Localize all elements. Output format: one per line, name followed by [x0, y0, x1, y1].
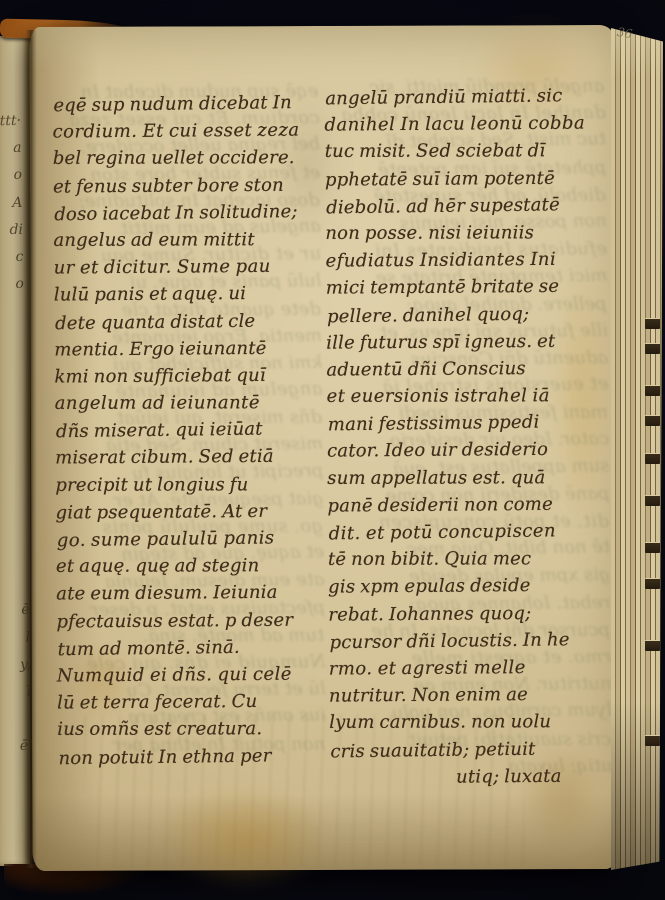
manuscript-page: eqē sup nudum dicebat Incordium. Et cui …	[30, 25, 616, 871]
manuscript-line: angelum ad ieiunantē	[55, 389, 327, 417]
manuscript-line: mici temptantē britate se	[326, 273, 612, 302]
gutter-fragment	[0, 325, 25, 353]
manuscript-line: et euersionis istrahel iā	[327, 382, 613, 410]
manuscript-line: et fenus subter bore ston	[53, 171, 325, 200]
manuscript-line: sum appellatus est. quā	[327, 464, 613, 492]
gutter-fragment: c	[0, 244, 24, 272]
gutter-fragment: A	[0, 189, 23, 217]
manuscript-line: pellere. danihel quoq;	[327, 299, 613, 330]
manuscript-line: ate eum diesum. Ieiunia	[56, 579, 328, 608]
manuscript-line: panē desiderii non come	[327, 490, 613, 519]
manuscript-line: kmi non sufficiebat quī	[54, 361, 326, 390]
manuscript-line: utiq; luxata	[330, 762, 616, 791]
gutter-fragment	[0, 298, 25, 326]
gutter-fragment	[2, 516, 28, 544]
manuscript-line: cris suauitatib; petiuit	[330, 734, 616, 765]
gutter-fragment	[0, 380, 26, 408]
manuscript-line: precipit ut longius fu	[55, 471, 327, 499]
manuscript-line: ur et dicitur. Sume pau	[54, 253, 326, 282]
manuscript-line: dñs miserat. qui ieiūat	[56, 415, 328, 446]
manuscript-line: bel regina uellet occidere.	[53, 144, 325, 172]
manuscript-line: efudiatus Insidiantes Ini	[325, 245, 611, 274]
manuscript-line: tum ad montē. sinā.	[57, 632, 329, 663]
manuscript-line: lyum carnibus. non uolu	[329, 708, 615, 736]
manuscript-line: angelus ad eum mittit	[53, 226, 325, 254]
manuscript-line: dit. et potū concupiscen	[329, 517, 615, 548]
text-column-left: eqē sup nudum dicebat Incordium. Et cui …	[52, 89, 329, 771]
manuscript-line: diebolū. ad hēr supestatē	[326, 190, 612, 221]
gutter-fragment: a	[0, 135, 22, 163]
manuscript-line: rmo. et agresti melle	[329, 653, 615, 682]
gutter-fragment: o	[0, 162, 22, 190]
manuscript-line: aduentū dñi Conscius	[326, 354, 612, 383]
fore-edge-stack	[611, 28, 663, 870]
manuscript-line: go. sume paululū panis	[57, 524, 329, 555]
manuscript-line: giat psequentatē. At er	[55, 497, 327, 526]
manuscript-line: rebat. Iohannes quoq;	[328, 599, 614, 628]
gutter-fragment	[2, 543, 28, 571]
manuscript-line: non posse. nisi ieiuniis	[325, 219, 611, 247]
edge-tab	[645, 318, 660, 329]
edge-tab	[645, 453, 660, 464]
gutter-fragment: ttt·	[0, 108, 21, 136]
manuscript-line: ius omñs est creatura.	[57, 715, 329, 743]
parchment-stain	[140, 768, 350, 895]
edge-tab	[645, 542, 660, 553]
manuscript-line: danihel In lacu leonū cobba	[324, 110, 610, 139]
edge-tab	[645, 578, 660, 589]
manuscript-line: tuc misit. Sed sciebat dī	[325, 137, 611, 165]
manuscript-line: non potuit In ethna per	[58, 741, 330, 772]
gutter-fragment	[0, 407, 26, 435]
manuscript-line: pfectauisus estat. p deser	[56, 606, 328, 635]
manuscript-line: et aquę. quę ad stegin	[56, 552, 328, 580]
edge-tab	[645, 735, 660, 746]
manuscript-line: mani festissimus ppedi	[328, 408, 614, 439]
manuscript-line: pphetatē suī iam potentē	[325, 164, 611, 193]
manuscript-line: eqē sup nudum dicebat In	[53, 89, 325, 120]
manuscript-line: ille futurus spī igneus. et	[326, 327, 612, 356]
manuscript-line: Numquid ei dñs. qui celē	[57, 660, 329, 689]
edge-tab	[645, 415, 660, 426]
manuscript-line: pcursor dñi locustis. In he	[329, 625, 615, 656]
manuscript-line: cator. Ideo uir desiderio	[327, 436, 613, 465]
folio-number: 36	[616, 25, 633, 41]
manuscript-line: miserat cibum. Sed etiā	[55, 443, 327, 472]
manuscript-line: dete quanta distat cle	[55, 306, 327, 337]
manuscript-line: cordium. Et cui esset zeza	[52, 117, 324, 146]
edge-tab	[645, 343, 660, 354]
manuscript-line: nutritur. Non enim ae	[329, 680, 615, 709]
manuscript-line: gis xpm epulas deside	[328, 572, 614, 601]
gutter-fold-shadow	[26, 30, 37, 868]
gutter-fragment: o	[0, 271, 24, 299]
text-column-right: angelū prandiū miatti. sicdanihel In lac…	[324, 82, 616, 791]
edge-tab	[645, 640, 660, 651]
gutter-fragment	[0, 352, 26, 380]
manuscript-line: lulū panis et aquę. ui	[54, 280, 326, 309]
manuscript-line: lū et terra fecerat. Cu	[57, 688, 329, 717]
edge-tab	[645, 385, 660, 396]
manuscript-line: tē non bibit. Quia mec	[328, 545, 614, 573]
manuscript-photo: ttt·aoAdicoēly,īē' eqē sup nudum dicebat…	[0, 0, 665, 900]
gutter-fragment: di	[0, 217, 23, 245]
manuscript-line: doso iacebat In solitudine;	[54, 197, 326, 228]
edge-tab	[645, 495, 660, 506]
gutter-fragment	[1, 434, 27, 462]
gutter-fragment	[1, 461, 27, 489]
manuscript-line: angelū prandiū miatti. sic	[325, 82, 611, 113]
manuscript-line: mentia. Ergo ieiunantē	[54, 334, 326, 363]
gutter-fragment	[1, 488, 27, 516]
